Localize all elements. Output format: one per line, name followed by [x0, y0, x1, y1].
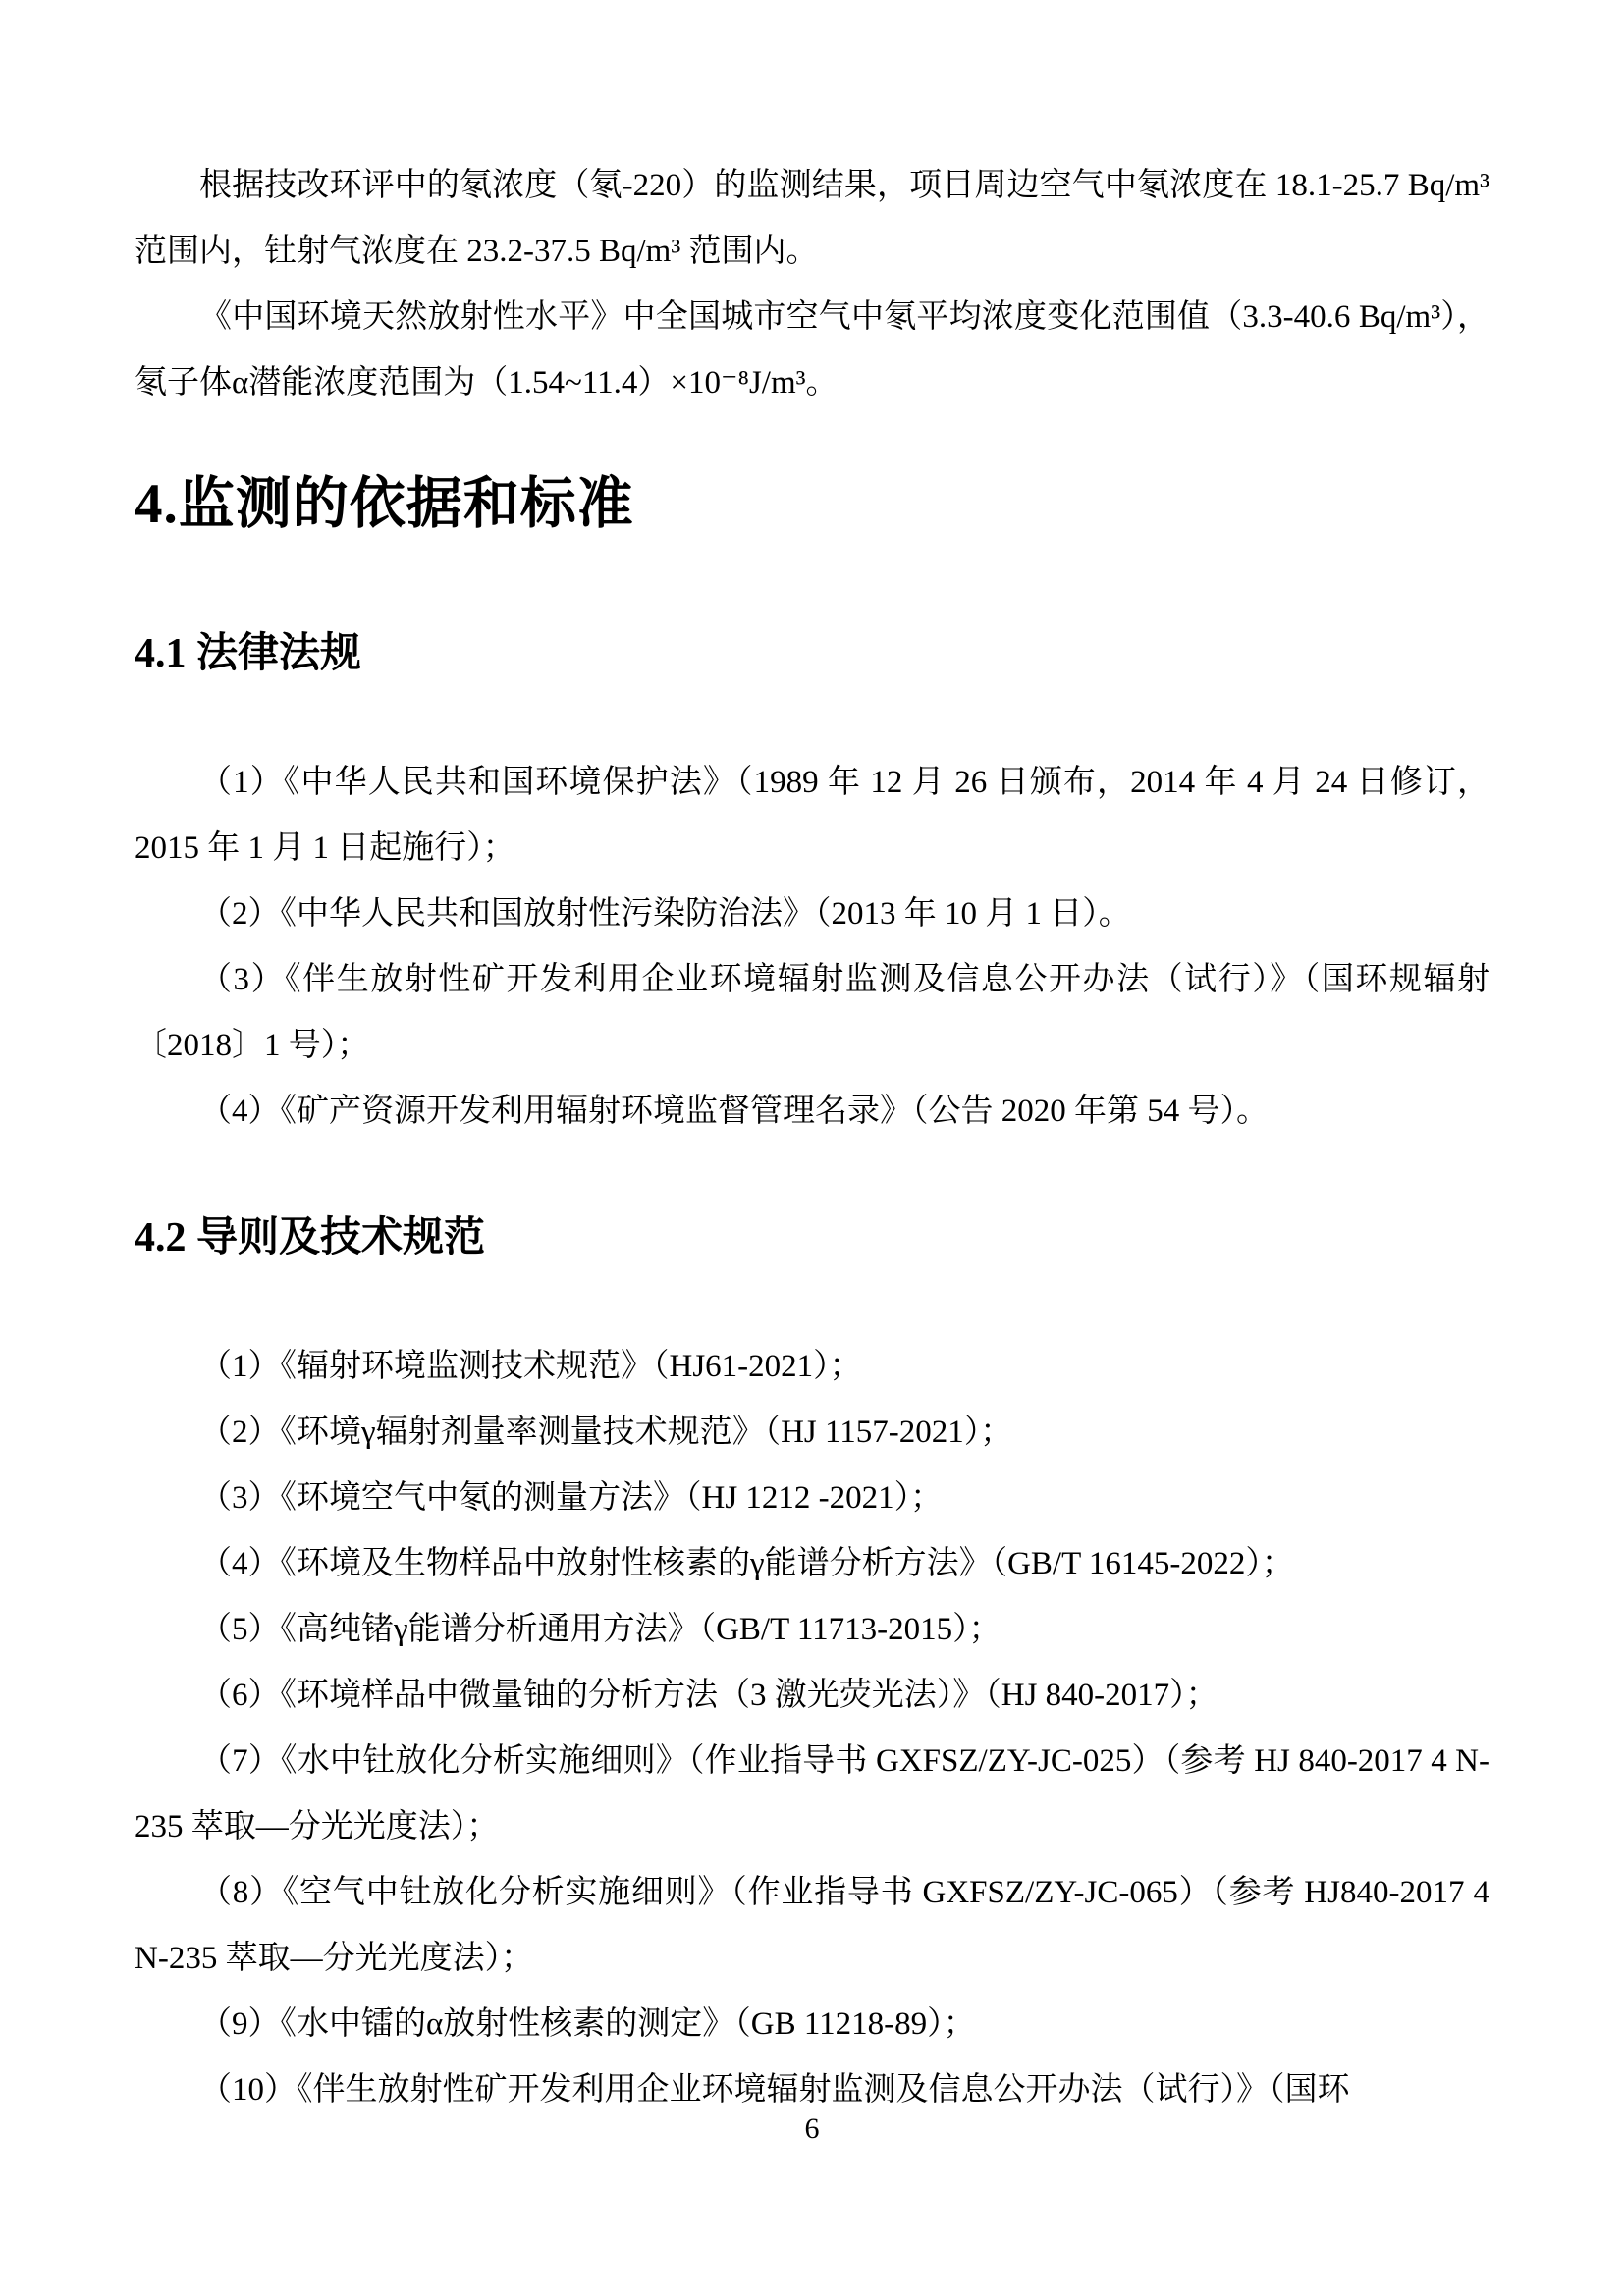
- chapter-heading-monitoring-basis-and-standards: 4.监测的依据和标准: [135, 465, 1489, 544]
- list-item: （3）《环境空气中氡的测量方法》（HJ 1212 -2021）；: [135, 1466, 1489, 1531]
- list-item: （2）《环境γ辐射剂量率测量技术规范》（HJ 1157-2021）；: [135, 1400, 1489, 1466]
- list-item: （5）《高纯锗γ能谱分析通用方法》（GB/T 11713-2015）；: [135, 1597, 1489, 1663]
- list-item: （8）《空气中钍放化分析实施细则》（作业指导书 GXFSZ/ZY-JC-065）…: [135, 1860, 1489, 1992]
- list-item: （7）《水中钍放化分析实施细则》（作业指导书 GXFSZ/ZY-JC-025）（…: [135, 1729, 1489, 1860]
- page-number: 6: [0, 2112, 1624, 2146]
- intro-paragraph-radon-monitoring: 根据技改环评中的氡浓度（氡-220）的监测结果，项目周边空气中氡浓度在 18.1…: [135, 153, 1489, 285]
- list-item: （1）《辐射环境监测技术规范》（HJ61-2021）；: [135, 1334, 1489, 1400]
- intro-paragraph-national-radioactivity-levels: 《中国环境天然放射性水平》中全国城市空气中氡平均浓度变化范围值（3.3-40.6…: [135, 285, 1489, 416]
- document-page: 根据技改环评中的氡浓度（氡-220）的监测结果，项目周边空气中氡浓度在 18.1…: [0, 0, 1624, 2296]
- list-item: （4）《矿产资源开发利用辐射环境监督管理名录》（公告 2020 年第 54 号）…: [135, 1079, 1489, 1145]
- list-item: （4）《环境及生物样品中放射性核素的γ能谱分析方法》（GB/T 16145-20…: [135, 1531, 1489, 1597]
- list-item: （2）《中华人民共和国放射性污染防治法》（2013 年 10 月 1 日）。: [135, 881, 1489, 947]
- section-heading-laws-regulations: 4.1 法律法规: [135, 625, 1489, 683]
- laws-regulations-list: （1）《中华人民共和国环境保护法》（1989 年 12 月 26 日颁布，201…: [135, 750, 1489, 1145]
- list-item: （9）《水中镭的α放射性核素的测定》（GB 11218-89）；: [135, 1992, 1489, 2057]
- guidelines-technical-specs-list: （1）《辐射环境监测技术规范》（HJ61-2021）； （2）《环境γ辐射剂量率…: [135, 1334, 1489, 2123]
- list-item: （3）《伴生放射性矿开发利用企业环境辐射监测及信息公开办法（试行）》（国环规辐射…: [135, 947, 1489, 1079]
- list-item: （6）《环境样品中微量铀的分析方法（3 激光荧光法）》（HJ 840-2017）…: [135, 1663, 1489, 1729]
- list-item: （1）《中华人民共和国环境保护法》（1989 年 12 月 26 日颁布，201…: [135, 750, 1489, 881]
- section-heading-guidelines-technical-specs: 4.2 导则及技术规范: [135, 1209, 1489, 1267]
